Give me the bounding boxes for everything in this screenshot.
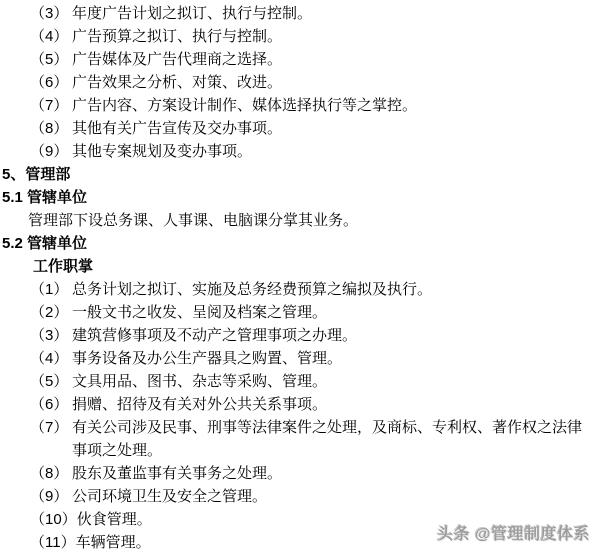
paragraph: 管理部下设总务课、人事课、电脑课分掌其业务。 (0, 209, 600, 232)
list-item: （6）捐赠、招待及有关对外公共关系事项。 (0, 393, 600, 416)
item-number: （8） (30, 462, 72, 485)
item-text: 公司环境卫生及安全之管理。 (72, 485, 600, 508)
item-text: 建筑营修事项及不动产之管理事项之办理。 (72, 324, 600, 347)
item-number: （9） (30, 485, 72, 508)
item-text: 股东及董监事有关事务之处理。 (72, 462, 600, 485)
list-item: （5）文具用品、图书、杂志等采购、管理。 (0, 370, 600, 393)
watermark: 头条 @管理制度体系 (437, 521, 590, 544)
watermark-text: 头条 @管理制度体系 (437, 526, 590, 543)
item-text: 有关公司涉及民事、刑事等法律案件之处理，及商标、专利权、著作权之法律 事项之处理… (72, 416, 600, 462)
item-text: 年度广告计划之拟订、执行与控制。 (72, 2, 600, 25)
item-number: （7） (30, 416, 72, 439)
item-text: 总务计划之拟订、实施及总务经费预算之编拟及执行。 (72, 278, 600, 301)
item-number: （1） (30, 278, 72, 301)
item-text: 其他有关广告宣传及交办事项。 (72, 117, 600, 140)
item-number: （11） (30, 531, 76, 553)
item-number: （5） (30, 48, 72, 71)
item-text: 捐赠、招待及有关对外公共关系事项。 (72, 393, 600, 416)
item-number: （4） (30, 347, 72, 370)
list-item: （4）广告预算之拟订、执行与控制。 (0, 25, 600, 48)
item-text: 一般文书之收发、呈阅及档案之管理。 (72, 301, 600, 324)
document-page: （3）年度广告计划之拟订、执行与控制。（4）广告预算之拟订、执行与控制。（5）广… (0, 0, 600, 553)
list-item: （2）一般文书之收发、呈阅及档案之管理。 (0, 301, 600, 324)
item-text: 事务设备及办公生产器具之购置、管理。 (72, 347, 600, 370)
list-item: （8）股东及董监事有关事务之处理。 (0, 462, 600, 485)
item-number: （6） (30, 393, 72, 416)
item-number: （5） (30, 370, 72, 393)
item-number: （7） (30, 94, 72, 117)
item-number: （2） (30, 301, 72, 324)
list-item: （7）有关公司涉及民事、刑事等法律案件之处理，及商标、专利权、著作权之法律 事项… (0, 416, 600, 462)
heading2: 5.1 管辖单位 (0, 186, 600, 209)
list-item: （9）公司环境卫生及安全之管理。 (0, 485, 600, 508)
item-number: （4） (30, 25, 72, 48)
heading2: 5.2 管辖单位 (0, 232, 600, 255)
item-number: （8） (30, 117, 72, 140)
item-number: （3） (30, 2, 72, 25)
list-item: （1）总务计划之拟订、实施及总务经费预算之编拟及执行。 (0, 278, 600, 301)
list-item: （8）其他有关广告宣传及交办事项。 (0, 117, 600, 140)
list-item: （5）广告媒体及广告代理商之选择。 (0, 48, 600, 71)
item-text: 广告内容、方案设计制作、媒体选择执行等之掌控。 (72, 94, 600, 117)
list-item: （6）广告效果之分析、对策、改进。 (0, 71, 600, 94)
document-content: （3）年度广告计划之拟订、执行与控制。（4）广告预算之拟订、执行与控制。（5）广… (0, 2, 600, 553)
item-text: 文具用品、图书、杂志等采购、管理。 (72, 370, 600, 393)
heading3: 工作职掌 (0, 255, 600, 278)
list-item: （3）年度广告计划之拟订、执行与控制。 (0, 2, 600, 25)
item-text: 广告预算之拟订、执行与控制。 (72, 25, 600, 48)
heading1: 5、管理部 (0, 163, 600, 186)
list-item: （9）其他专案规划及变办事项。 (0, 140, 600, 163)
item-number: （3） (30, 324, 72, 347)
item-text: 广告效果之分析、对策、改进。 (72, 71, 600, 94)
item-number: （9） (30, 140, 72, 163)
item-number: （10） (30, 508, 77, 531)
list-item: （4）事务设备及办公生产器具之购置、管理。 (0, 347, 600, 370)
list-item: （7）广告内容、方案设计制作、媒体选择执行等之掌控。 (0, 94, 600, 117)
item-text: 广告媒体及广告代理商之选择。 (72, 48, 600, 71)
list-item: （3）建筑营修事项及不动产之管理事项之办理。 (0, 324, 600, 347)
item-text: 其他专案规划及变办事项。 (72, 140, 600, 163)
item-number: （6） (30, 71, 72, 94)
